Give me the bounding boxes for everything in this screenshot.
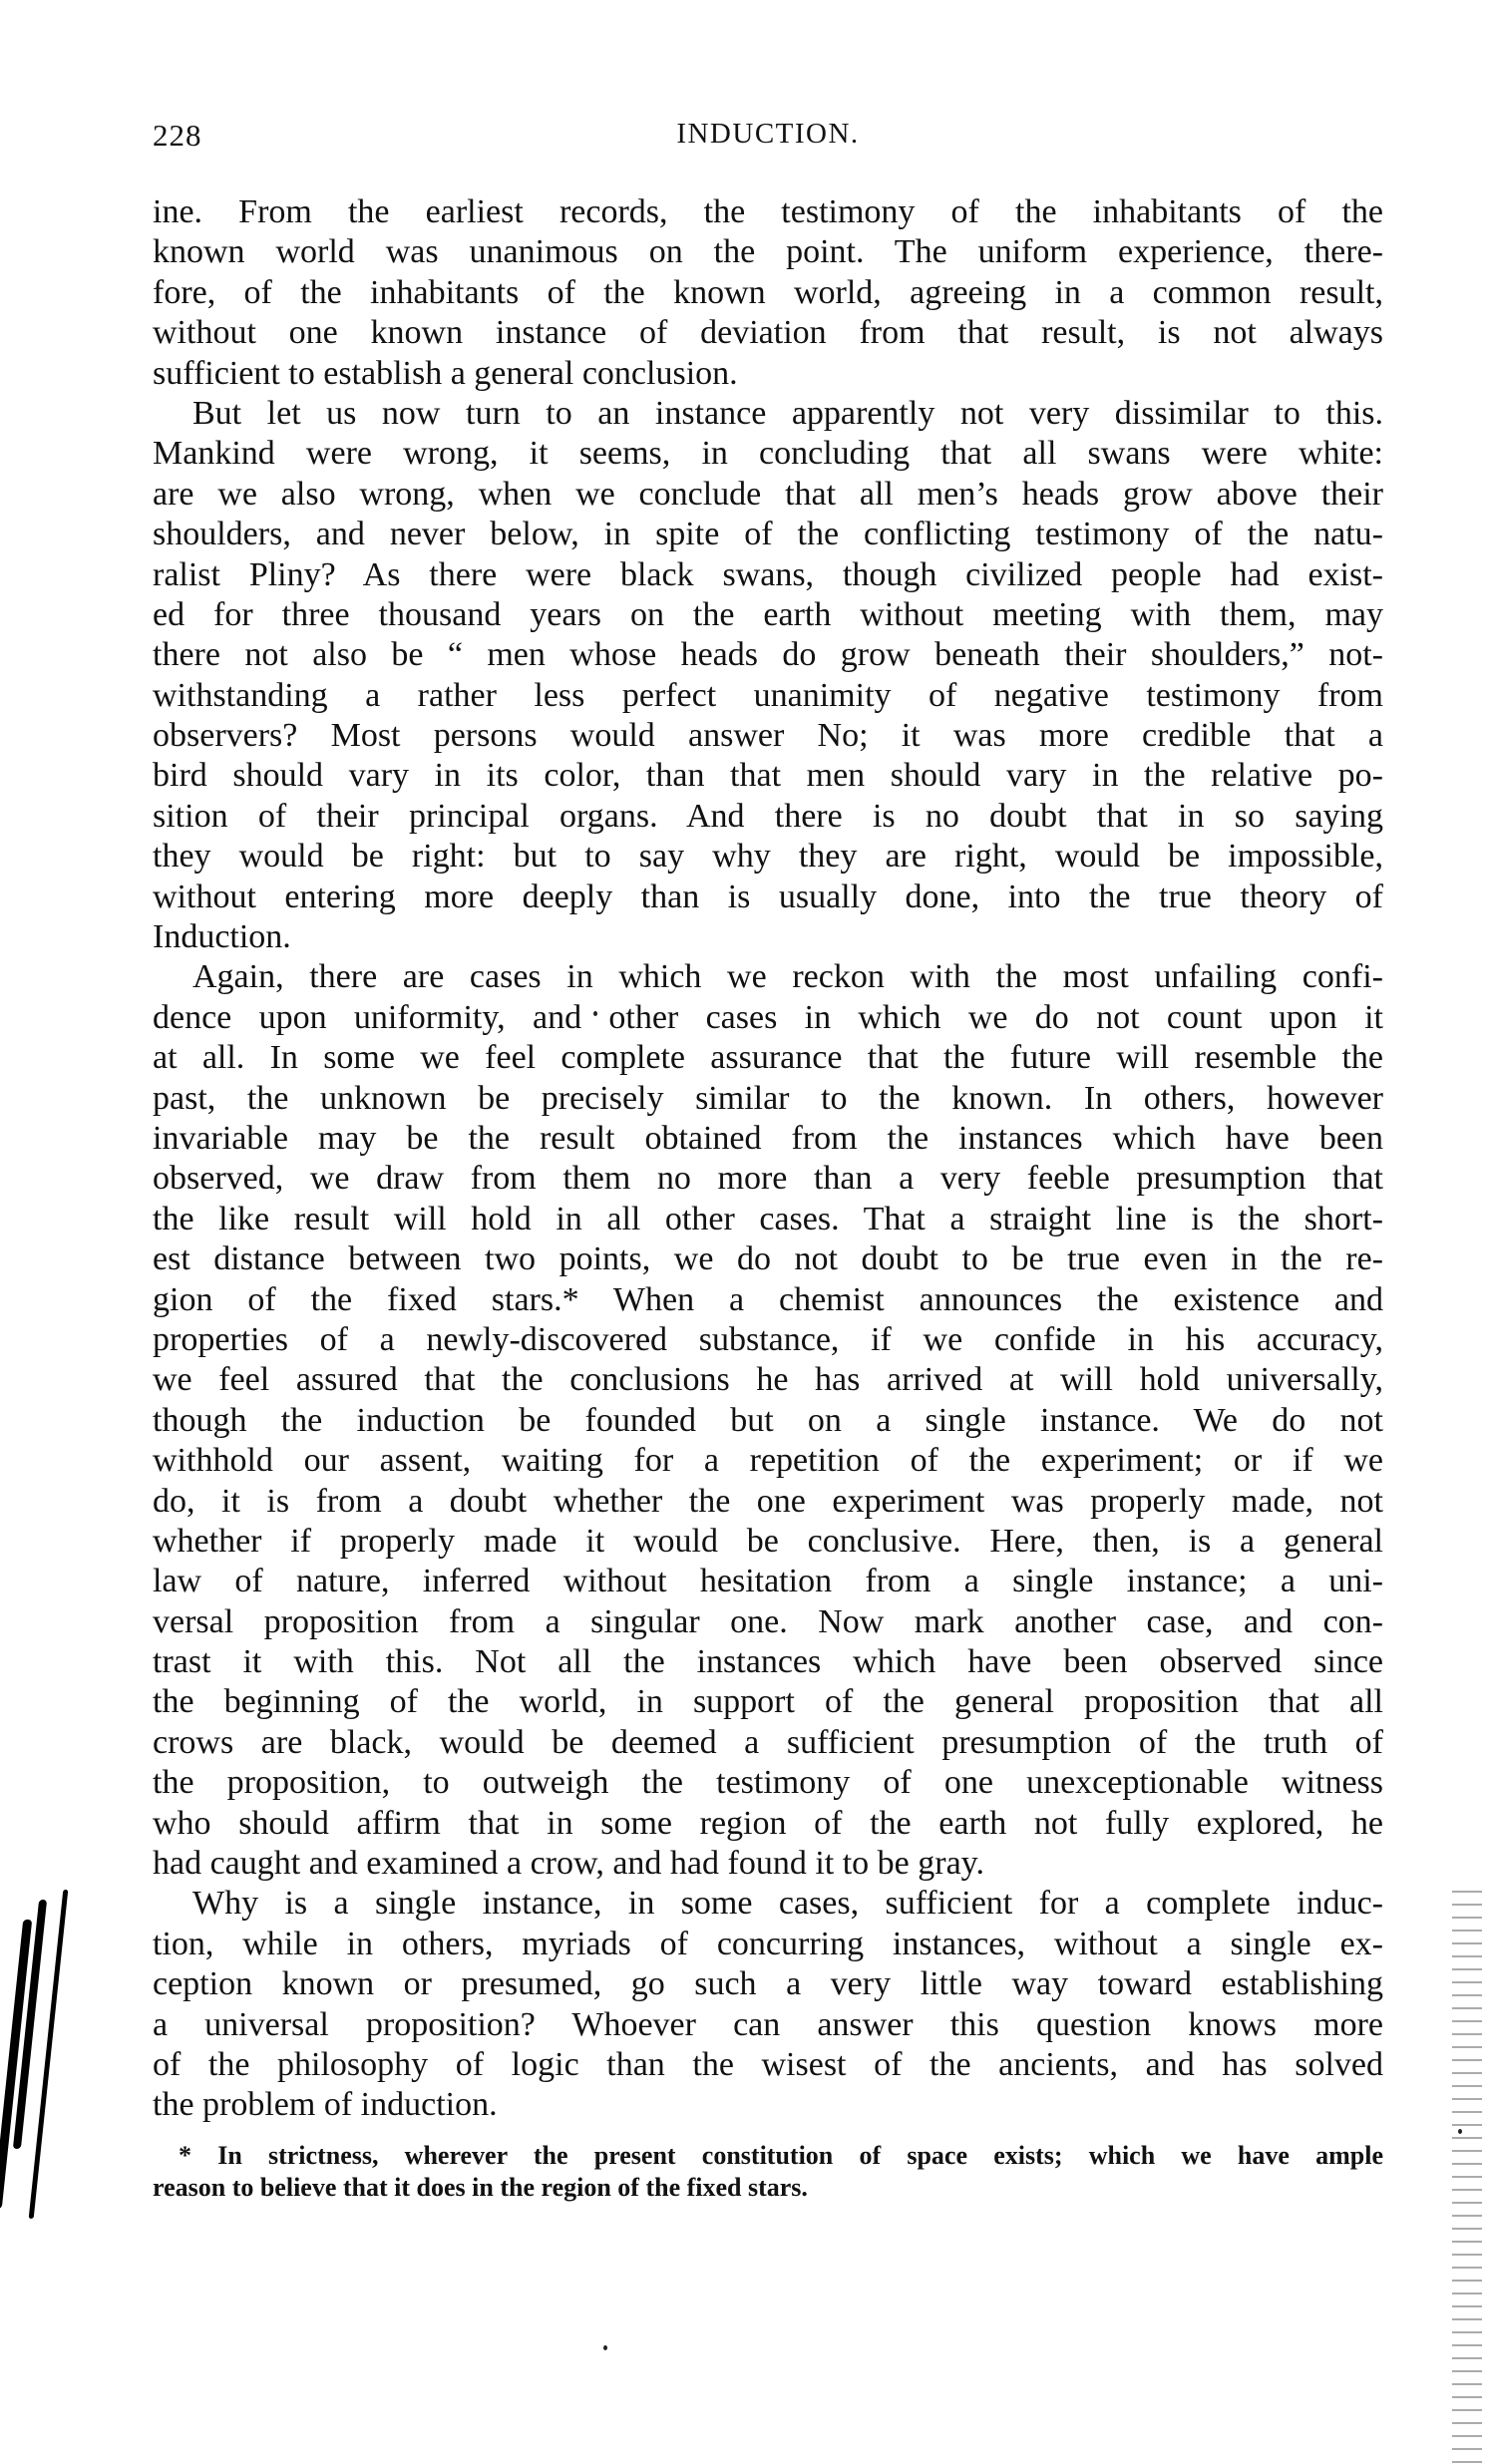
text-line: had caught and examined a crow, and had … [153, 1844, 1383, 1884]
text-line: shoulders, and never below, in spite of … [153, 515, 1383, 554]
scan-edge-artifact [1452, 1885, 1482, 2463]
text-line: tion, while in others, myriads of concur… [153, 1925, 1383, 1964]
text-line: crows are black, would be deemed a suffi… [153, 1723, 1383, 1763]
text-line: without entering more deeply than is usu… [153, 878, 1383, 917]
text-line: they would be right: but to say why they… [153, 837, 1383, 877]
page-header: 228 INDUCTION. [153, 118, 1383, 158]
text-line: withstanding a rather less perfect unani… [153, 676, 1383, 716]
text-line: Induction. [153, 917, 1383, 957]
text-line: who should affirm that in some region of… [153, 1804, 1383, 1844]
text-line: of the philosophy of logic than the wise… [153, 2045, 1383, 2085]
scan-speck [593, 1011, 597, 1016]
paragraph-start-line: But let us now turn to an instance appar… [153, 394, 1383, 434]
text-line: there not also be “ men whose heads do g… [153, 635, 1383, 675]
text-line: a universal proposition? Whoever can ans… [153, 2005, 1383, 2045]
text-line: observed, we draw from them no more than… [153, 1159, 1383, 1199]
text-line: whether if properly made it would be con… [153, 1522, 1383, 1562]
scan-speck [603, 2345, 607, 2350]
paragraph-start-line: Why is a single instance, in some cases,… [153, 1884, 1383, 1924]
paragraph-start-line: Again, there are cases in which we recko… [153, 957, 1383, 997]
text-line: versal proposition from a singular one. … [153, 1602, 1383, 1642]
text-line: trast it with this. Not all the instance… [153, 1642, 1383, 1682]
text-line: ine. From the earliest records, the test… [153, 192, 1383, 232]
text-line: dence upon uniformity, and other cases i… [153, 998, 1383, 1038]
scan-speck [1458, 2129, 1462, 2134]
body-text: ine. From the earliest records, the test… [153, 192, 1383, 2126]
text-line: without one known instance of deviation … [153, 313, 1383, 353]
text-line: the proposition, to outweigh the testimo… [153, 1763, 1383, 1803]
footnote: * In strictness, wherever the present co… [153, 2140, 1383, 2204]
text-line: the beginning of the world, in support o… [153, 1682, 1383, 1722]
text-line: sufficient to establish a general conclu… [153, 354, 1383, 394]
text-line: observers? Most persons would answer No;… [153, 716, 1383, 756]
footnote-line: * In strictness, wherever the present co… [153, 2140, 1383, 2172]
text-line: invariable may be the result obtained fr… [153, 1119, 1383, 1159]
text-line: withhold our assent, waiting for a repet… [153, 1441, 1383, 1481]
text-line: law of nature, inferred without hesitati… [153, 1562, 1383, 1601]
text-line: we feel assured that the conclusions he … [153, 1360, 1383, 1400]
text-line: past, the unknown be precisely similar t… [153, 1079, 1383, 1119]
text-line: at all. In some we feel complete assuran… [153, 1038, 1383, 1078]
text-line: gion of the fixed stars.* When a chemist… [153, 1280, 1383, 1320]
text-line: are we also wrong, when we conclude that… [153, 475, 1383, 515]
text-line: fore, of the inhabitants of the known wo… [153, 273, 1383, 313]
text-line: properties of a newly-discovered substan… [153, 1320, 1383, 1360]
text-line: though the induction be founded but on a… [153, 1401, 1383, 1441]
text-line: est distance between two points, we do n… [153, 1239, 1383, 1279]
text-line: do, it is from a doubt whether the one e… [153, 1482, 1383, 1522]
text-line: bird should vary in its color, than that… [153, 756, 1383, 796]
text-line: the problem of induction. [153, 2085, 1383, 2125]
text-line: known world was unanimous on the point. … [153, 232, 1383, 272]
text-line: sition of their principal organs. And th… [153, 797, 1383, 837]
margin-pen-marks [2, 1890, 62, 2219]
text-line: the like result will hold in all other c… [153, 1200, 1383, 1239]
text-line: ception known or presumed, go such a ver… [153, 1964, 1383, 2004]
running-title: INDUCTION. [153, 118, 1383, 151]
text-line: Mankind were wrong, it seems, in conclud… [153, 434, 1383, 474]
text-line: ralist Pliny? As there were black swans,… [153, 555, 1383, 595]
text-line: ed for three thousand years on the earth… [153, 595, 1383, 635]
footnote-line: reason to believe that it does in the re… [153, 2172, 1383, 2204]
